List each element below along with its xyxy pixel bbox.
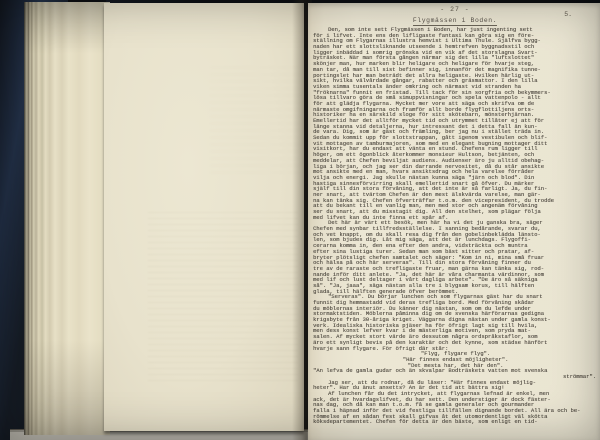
- page-title-text: Flygmässen i Boden.: [413, 17, 497, 26]
- ghost-text-showthrough: [210, 63, 300, 173]
- page-title: Flygmässen i Boden.: [312, 17, 598, 24]
- left-blank-page: [104, 3, 304, 431]
- right-text-page: - 27 - 5. Flygmässen i Boden. Den, som i…: [308, 3, 600, 440]
- page-number: - 27 -: [312, 6, 598, 13]
- typewritten-body: Den, som inte sett Flygmässen i Boden, h…: [313, 27, 598, 425]
- open-book-photo: - 27 - 5. Flygmässen i Boden. Den, som i…: [0, 0, 600, 440]
- text-line: köksdepartementet. Chefen för detta är d…: [313, 419, 598, 425]
- ghost-text-showthrough: [148, 211, 298, 381]
- left-page-edges: [24, 2, 110, 435]
